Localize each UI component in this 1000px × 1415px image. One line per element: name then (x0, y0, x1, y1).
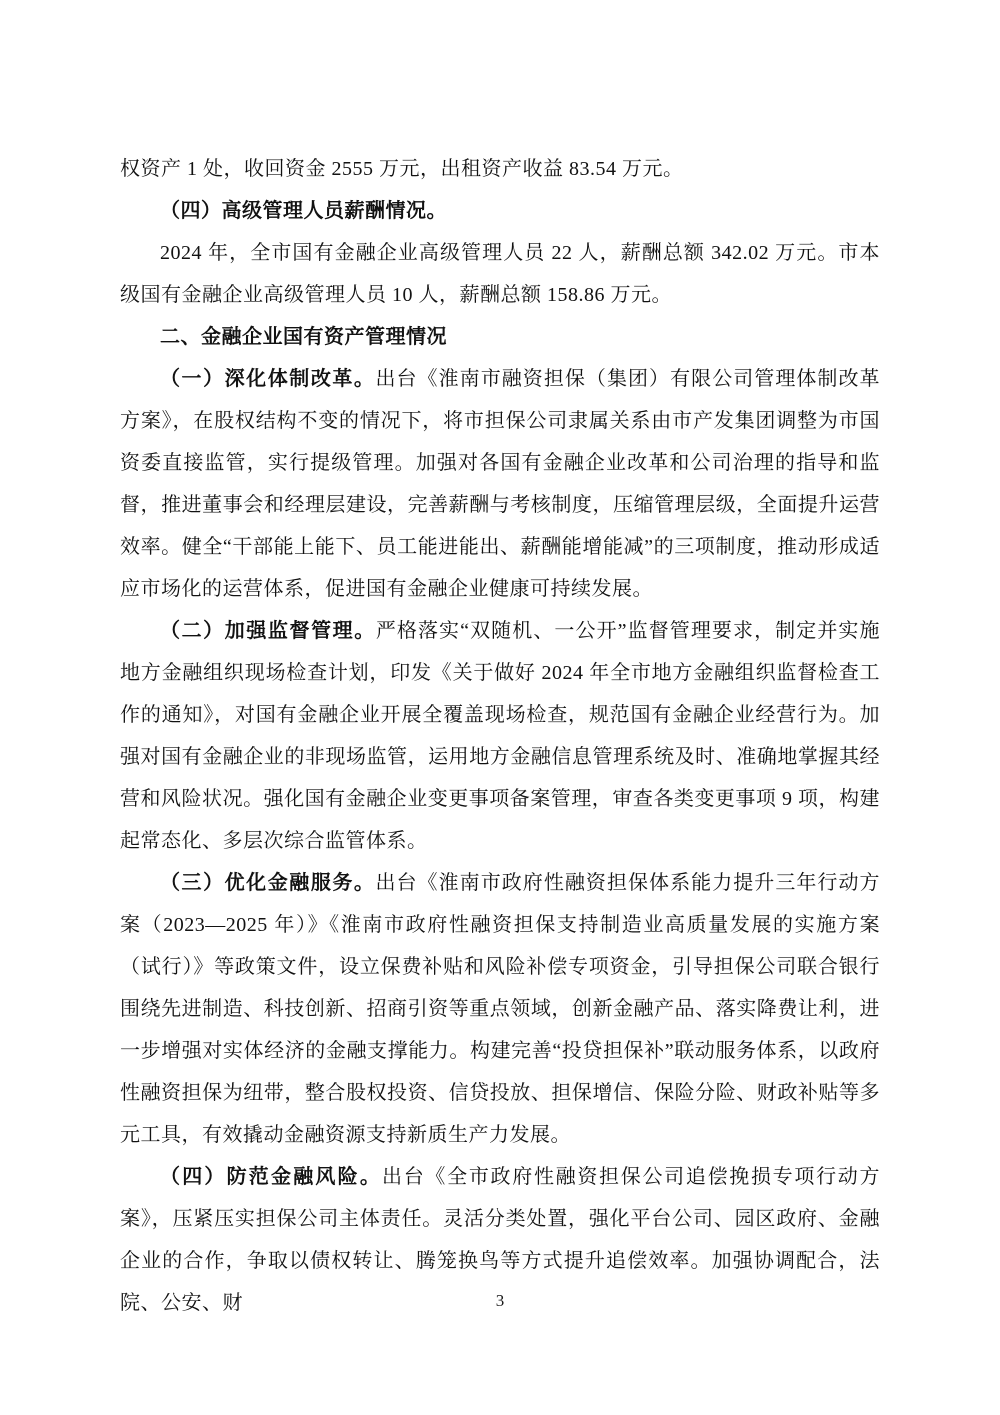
item-services-body: 出台《淮南市政府性融资担保体系能力提升三年行动方案（2023—2025 年）》《… (120, 872, 880, 1146)
item-services-lead: （三）优化金融服务。 (160, 872, 375, 894)
page-number: 3 (0, 1288, 1000, 1314)
item-paragraph-services: （三）优化金融服务。出台《淮南市政府性融资担保体系能力提升三年行动方案（2023… (120, 862, 880, 1156)
document-page: 权资产 1 处，收回资金 2555 万元，出租资产收益 83.54 万元。 （四… (0, 0, 1000, 1415)
item-risk-lead: （四）防范金融风险。 (160, 1166, 382, 1188)
salary-heading: （四）高级管理人员薪酬情况。 (120, 190, 880, 232)
item-paragraph-supervision: （二）加强监督管理。严格落实“双随机、一公开”监督管理要求，制定并实施地方金融组… (120, 610, 880, 862)
section-heading: 二、金融企业国有资产管理情况 (120, 316, 880, 358)
item-paragraph-reform: （一）深化体制改革。出台《淮南市融资担保（集团）有限公司管理体制改革方案》，在股… (120, 358, 880, 610)
item-supervision-lead: （二）加强监督管理。 (160, 620, 376, 642)
item-reform-body: 出台《淮南市融资担保（集团）有限公司管理体制改革方案》，在股权结构不变的情况下，… (120, 368, 880, 600)
continuation-paragraph: 权资产 1 处，收回资金 2555 万元，出租资产收益 83.54 万元。 (120, 148, 880, 190)
document-content: 权资产 1 处，收回资金 2555 万元，出租资产收益 83.54 万元。 （四… (120, 148, 880, 1324)
item-reform-lead: （一）深化体制改革。 (160, 368, 375, 390)
item-supervision-body: 严格落实“双随机、一公开”监督管理要求，制定并实施地方金融组织现场检查计划，印发… (120, 620, 880, 852)
salary-paragraph: 2024 年，全市国有金融企业高级管理人员 22 人，薪酬总额 342.02 万… (120, 232, 880, 316)
